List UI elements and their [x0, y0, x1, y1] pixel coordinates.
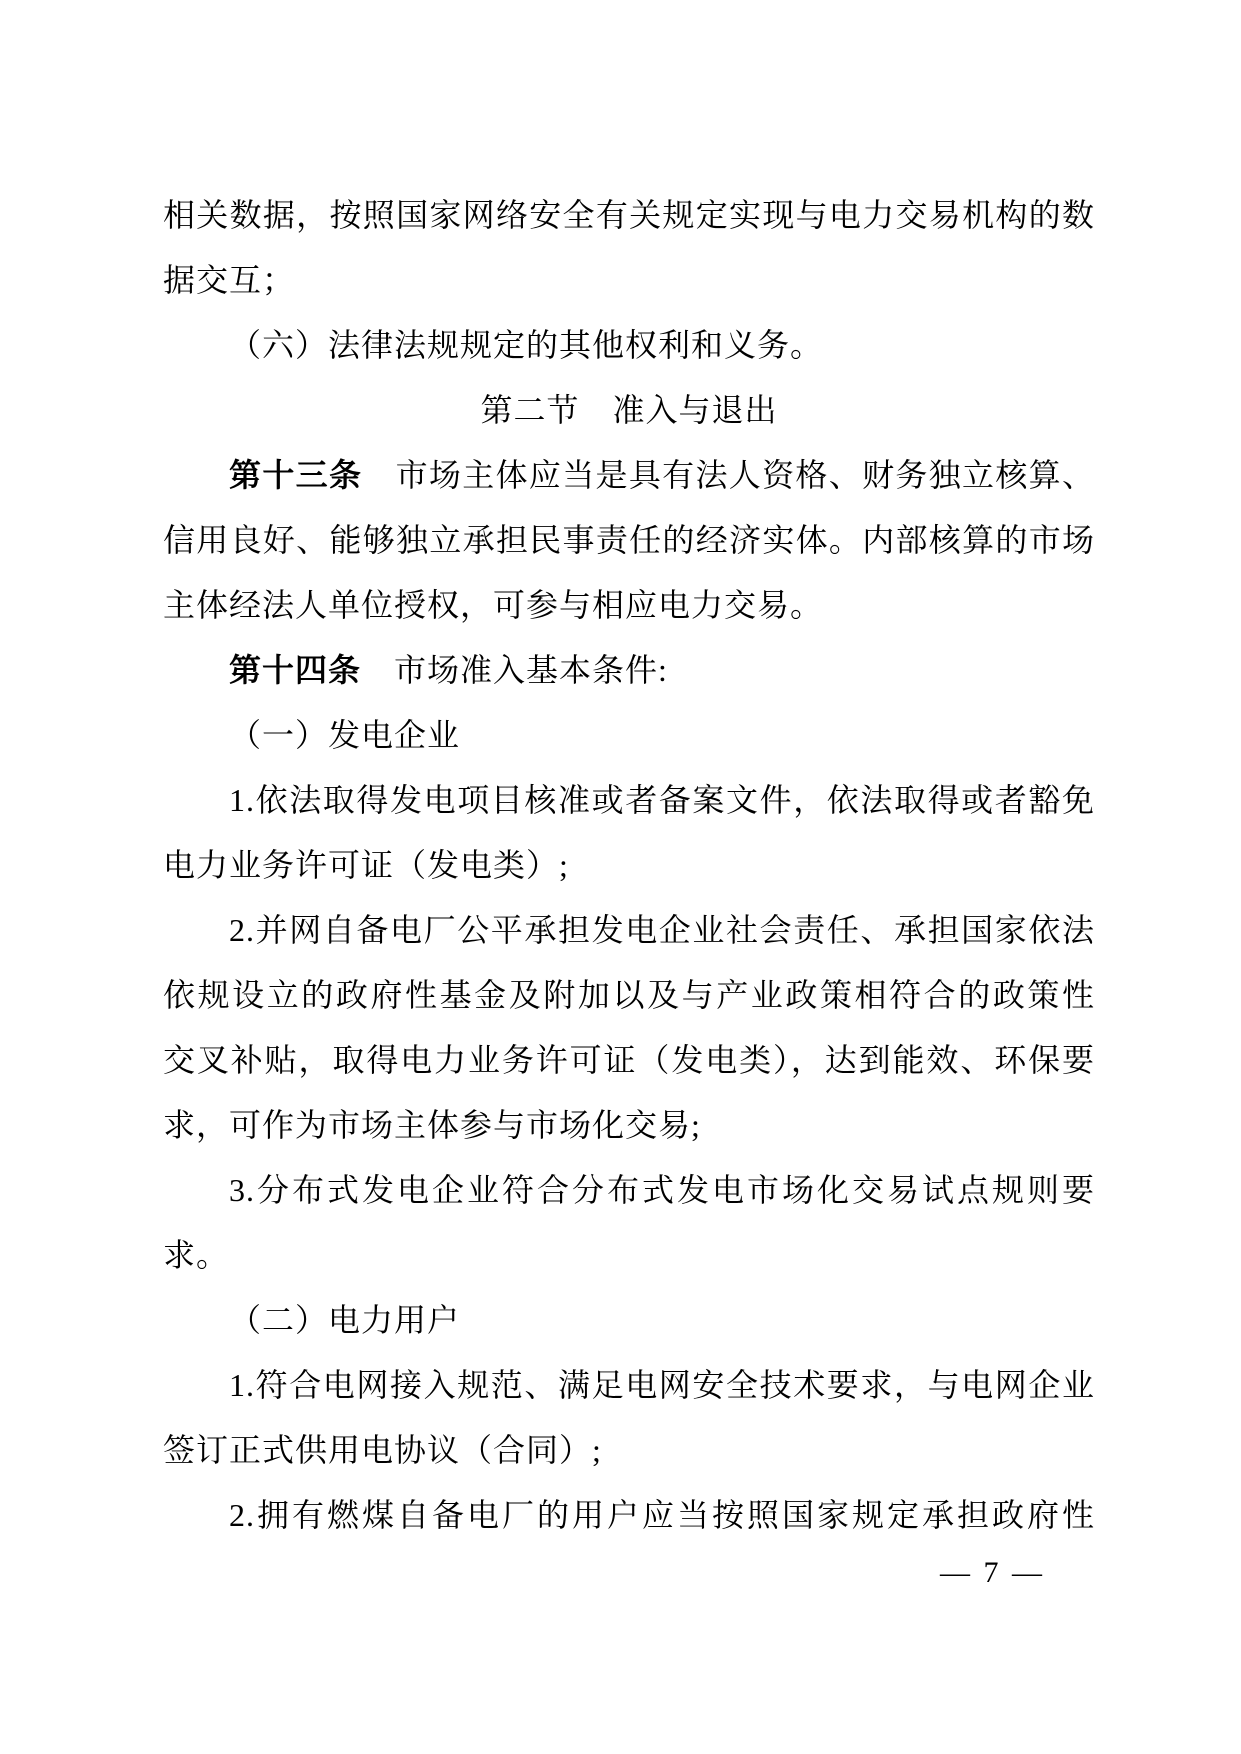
- document-page: 相关数据，按照国家网络安全有关规定实现与电力交易机构的数据交互；（六）法律法规规…: [0, 0, 1241, 1754]
- body-text: 1.符合电网接入规范、满足电网安全技术要求，与电网企业: [229, 1367, 1095, 1403]
- body-text: 3.分布式发电企业符合分布式发电市场化交易试点规则要: [229, 1172, 1095, 1208]
- document-line: （六）法律法规规定的其他权利和义务。: [163, 313, 1095, 378]
- document-body: 相关数据，按照国家网络安全有关规定实现与电力交易机构的数据交互；（六）法律法规规…: [163, 183, 1095, 1548]
- document-line: 签订正式供用电协议（合同）;: [163, 1418, 1095, 1483]
- document-line: （一）发电企业: [163, 703, 1095, 768]
- body-text: （二）电力用户: [229, 1302, 460, 1338]
- body-text: 第二节 准入与退出: [480, 392, 777, 428]
- document-line: 依规设立的政府性基金及附加以及与产业政策相符合的政策性: [163, 963, 1095, 1028]
- body-text: （一）发电企业: [229, 717, 460, 753]
- body-text: 2.拥有燃煤自备电厂的用户应当按照国家规定承担政府性: [229, 1497, 1095, 1533]
- document-line: 求，可作为市场主体参与市场化交易;: [163, 1093, 1095, 1158]
- document-line: 1.符合电网接入规范、满足电网安全技术要求，与电网企业: [163, 1353, 1095, 1418]
- body-text: 据交互；: [163, 262, 295, 298]
- document-line: 第二节 准入与退出: [163, 378, 1095, 443]
- body-text: 市场主体应当是具有法人资格、财务独立核算、: [362, 457, 1095, 493]
- document-line: 1.依法取得发电项目核准或者备案文件，依法取得或者豁免: [163, 768, 1095, 833]
- body-text: 交叉补贴，取得电力业务许可证（发电类），达到能效、环保要: [163, 1042, 1095, 1078]
- body-text: 1.依法取得发电项目核准或者备案文件，依法取得或者豁免: [229, 782, 1095, 818]
- document-line: 相关数据，按照国家网络安全有关规定实现与电力交易机构的数: [163, 183, 1095, 248]
- body-text: （六）法律法规规定的其他权利和义务。: [229, 327, 823, 363]
- body-text: 2.并网自备电厂公平承担发电企业社会责任、承担国家依法: [229, 912, 1095, 948]
- document-line: 第十三条 市场主体应当是具有法人资格、财务独立核算、: [163, 443, 1095, 508]
- document-line: 求。: [163, 1223, 1095, 1288]
- document-line: 2.拥有燃煤自备电厂的用户应当按照国家规定承担政府性: [163, 1483, 1095, 1548]
- body-text: 求。: [163, 1237, 229, 1273]
- document-line: 交叉补贴，取得电力业务许可证（发电类），达到能效、环保要: [163, 1028, 1095, 1093]
- body-text: 求，可作为市场主体参与市场化交易;: [163, 1107, 701, 1143]
- page-number: — 7 —: [940, 1553, 1045, 1593]
- article-number-text: 第十四条: [229, 652, 361, 688]
- body-text: 信用良好、能够独立承担民事责任的经济实体。内部核算的市场: [163, 522, 1095, 558]
- document-line: 信用良好、能够独立承担民事责任的经济实体。内部核算的市场: [163, 508, 1095, 573]
- document-line: 电力业务许可证（发电类）;: [163, 833, 1095, 898]
- document-line: 据交互；: [163, 248, 1095, 313]
- document-line: 3.分布式发电企业符合分布式发电市场化交易试点规则要: [163, 1158, 1095, 1223]
- document-line: 2.并网自备电厂公平承担发电企业社会责任、承担国家依法: [163, 898, 1095, 963]
- body-text: 电力业务许可证（发电类）;: [163, 847, 569, 883]
- body-text: 依规设立的政府性基金及附加以及与产业政策相符合的政策性: [163, 977, 1095, 1013]
- article-number-text: 第十三条: [229, 457, 362, 493]
- body-text: 市场准入基本条件:: [361, 652, 668, 688]
- body-text: 签订正式供用电协议（合同）;: [163, 1432, 602, 1468]
- body-text: 相关数据，按照国家网络安全有关规定实现与电力交易机构的数: [163, 197, 1095, 233]
- document-line: 第十四条 市场准入基本条件:: [163, 638, 1095, 703]
- body-text: 主体经法人单位授权，可参与相应电力交易。: [163, 587, 823, 623]
- document-line: （二）电力用户: [163, 1288, 1095, 1353]
- document-line: 主体经法人单位授权，可参与相应电力交易。: [163, 573, 1095, 638]
